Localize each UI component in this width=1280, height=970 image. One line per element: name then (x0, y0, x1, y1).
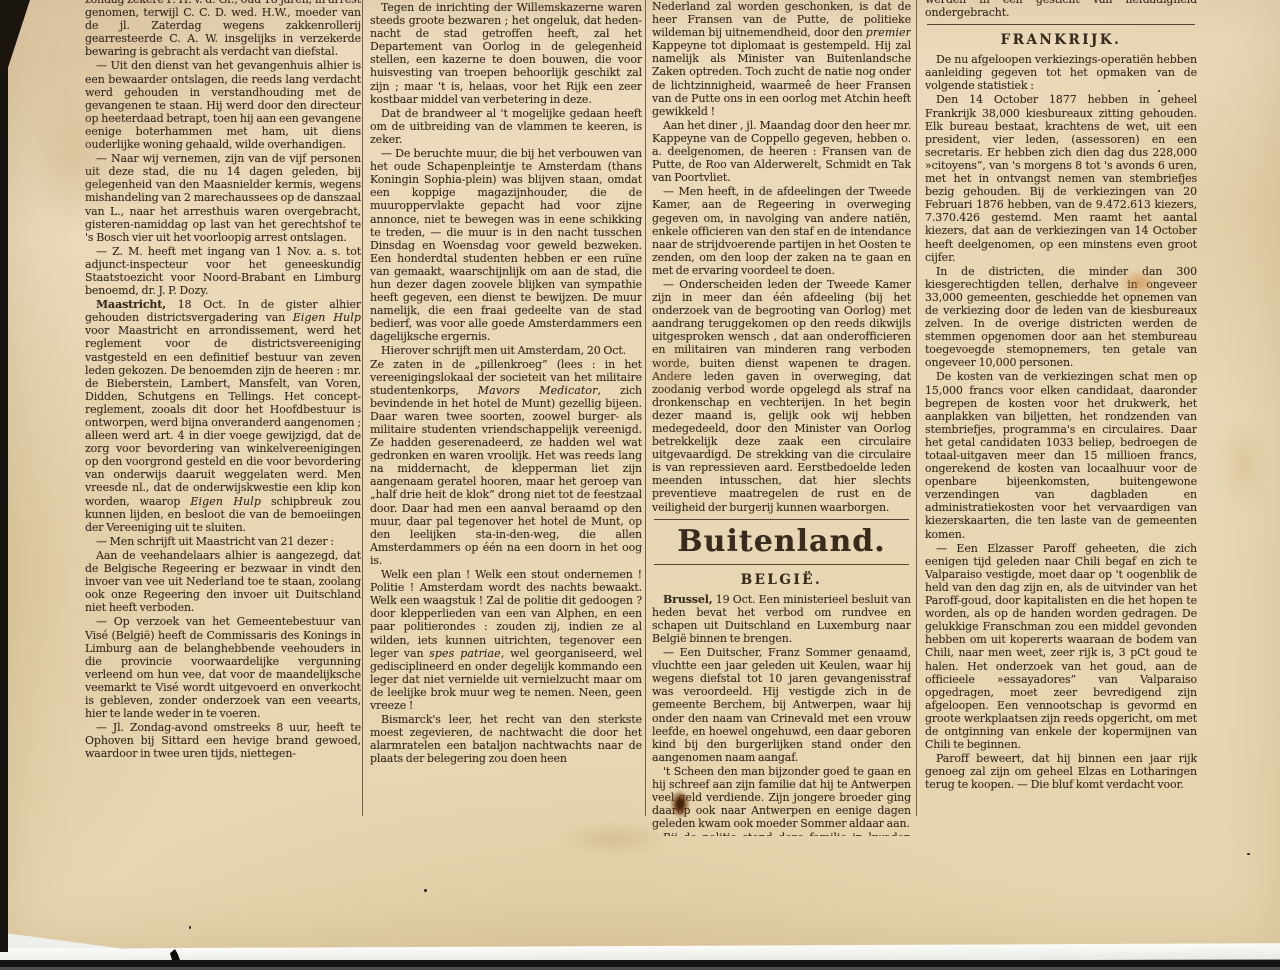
paragraph: De kosten van de verkiezingen schat men … (925, 370, 1197, 540)
column-divider (362, 0, 363, 816)
section-rule (654, 519, 909, 520)
paragraph: 't Scheen den man bijzonder goed te gaan… (652, 765, 911, 830)
paragraph: Brussel, 19 Oct. Een ministerieel beslui… (652, 593, 911, 645)
paragraph: Aan het diner , jl. Maandag door den hee… (652, 119, 911, 184)
scan-bottom-edge (0, 960, 1280, 967)
paragraph: De nu afgeloopen verkiezings-operatiën h… (925, 53, 1197, 92)
paragraph: — De beruchte muur, die bij het verbouwe… (370, 147, 642, 343)
newspaper-paper: zondag zekere F. H. v. d. Gr., oud 18 ja… (7, 0, 1280, 950)
paragraph: — Jl. Zondag-avond omstreeks 8 uur, heef… (85, 721, 361, 760)
column-divider (916, 0, 917, 816)
dust-speck (1247, 853, 1250, 855)
paragraph: Maastricht, 18 Oct. In de gister alhier … (85, 298, 361, 534)
paragraph: Den 14 October 1877 hebben in geheel Fra… (925, 93, 1197, 263)
paragraph: werden in een gesticht van liefdadigheid… (925, 0, 1197, 19)
section-heading: BELGIË. (652, 572, 911, 588)
paragraph: — Men schrijft uit Maastricht van 21 dez… (85, 535, 361, 548)
paragraph: Paroff beweert, dat hij binnen een jaar … (925, 752, 1197, 791)
column-divider (645, 0, 646, 816)
paragraph: Bij de politie stond deze familie in kwa… (652, 831, 911, 836)
age-stain (1219, 420, 1269, 510)
paragraph: — Naar wij vernemen, zijn van de vijf pe… (85, 152, 361, 244)
dust-speck (1158, 90, 1160, 92)
section-title: Buitenland. (652, 525, 911, 559)
paragraph: Bismarck's leer, het recht van den sterk… (370, 713, 642, 765)
section-rule (927, 24, 1195, 25)
paragraph: — Een Elzasser Paroff geheeten, die zich… (925, 542, 1197, 752)
newspaper-column-1: zondag zekere F. H. v. d. Gr., oud 18 ja… (85, 0, 361, 836)
dust-speck (189, 926, 191, 929)
section-rule (654, 564, 909, 565)
paragraph: In de districten, die minder dan 300 kie… (925, 265, 1197, 370)
paragraph: — Men heeft, in de afdeelingen der Tweed… (652, 185, 911, 277)
dust-speck (424, 889, 427, 892)
paragraph: — Onderscheiden leden der Tweede Kamer z… (652, 278, 911, 514)
paragraph: Welk een plan ! Welk een stout onderneme… (370, 568, 642, 712)
paragraph: — Op verzoek van het Gemeentebestuur van… (85, 615, 361, 720)
paragraph: Hierover schrijft men uit Amsterdam, 20 … (370, 344, 642, 357)
paragraph: — Z. M. heeft met ingang van 1 Nov. a. s… (85, 245, 361, 297)
scan-left-edge (0, 0, 8, 952)
newspaper-column-4: werden in een gesticht van liefdadigheid… (925, 0, 1197, 836)
paragraph: Ze zaten in de „pillenkroeg” (lees : in … (370, 358, 642, 568)
newspaper-column-3: Nederland zal worden geschonken, is dat … (652, 0, 911, 836)
paragraph: Nederland zal worden geschonken, is dat … (652, 0, 911, 118)
scanned-newspaper-page: zondag zekere F. H. v. d. Gr., oud 18 ja… (0, 0, 1280, 970)
section-heading: FRANKRIJK. (925, 32, 1197, 48)
paragraph: — Een Duitscher, Franz Sommer genaamd, v… (652, 646, 911, 764)
newspaper-column-2: Tegen de inrichting der Willemskazerne w… (370, 0, 642, 836)
paragraph: Aan de veehandelaars alhier is aangezegd… (85, 549, 361, 614)
paragraph: zondag zekere F. H. v. d. Gr., oud 18 ja… (85, 0, 361, 58)
paragraph: Tegen de inrichting der Willemskazerne w… (370, 1, 642, 106)
paragraph: — Uit den dienst van het gevangenhuis al… (85, 59, 361, 151)
paragraph: Dat de brandweer al 't mogelijke gedaan … (370, 107, 642, 146)
